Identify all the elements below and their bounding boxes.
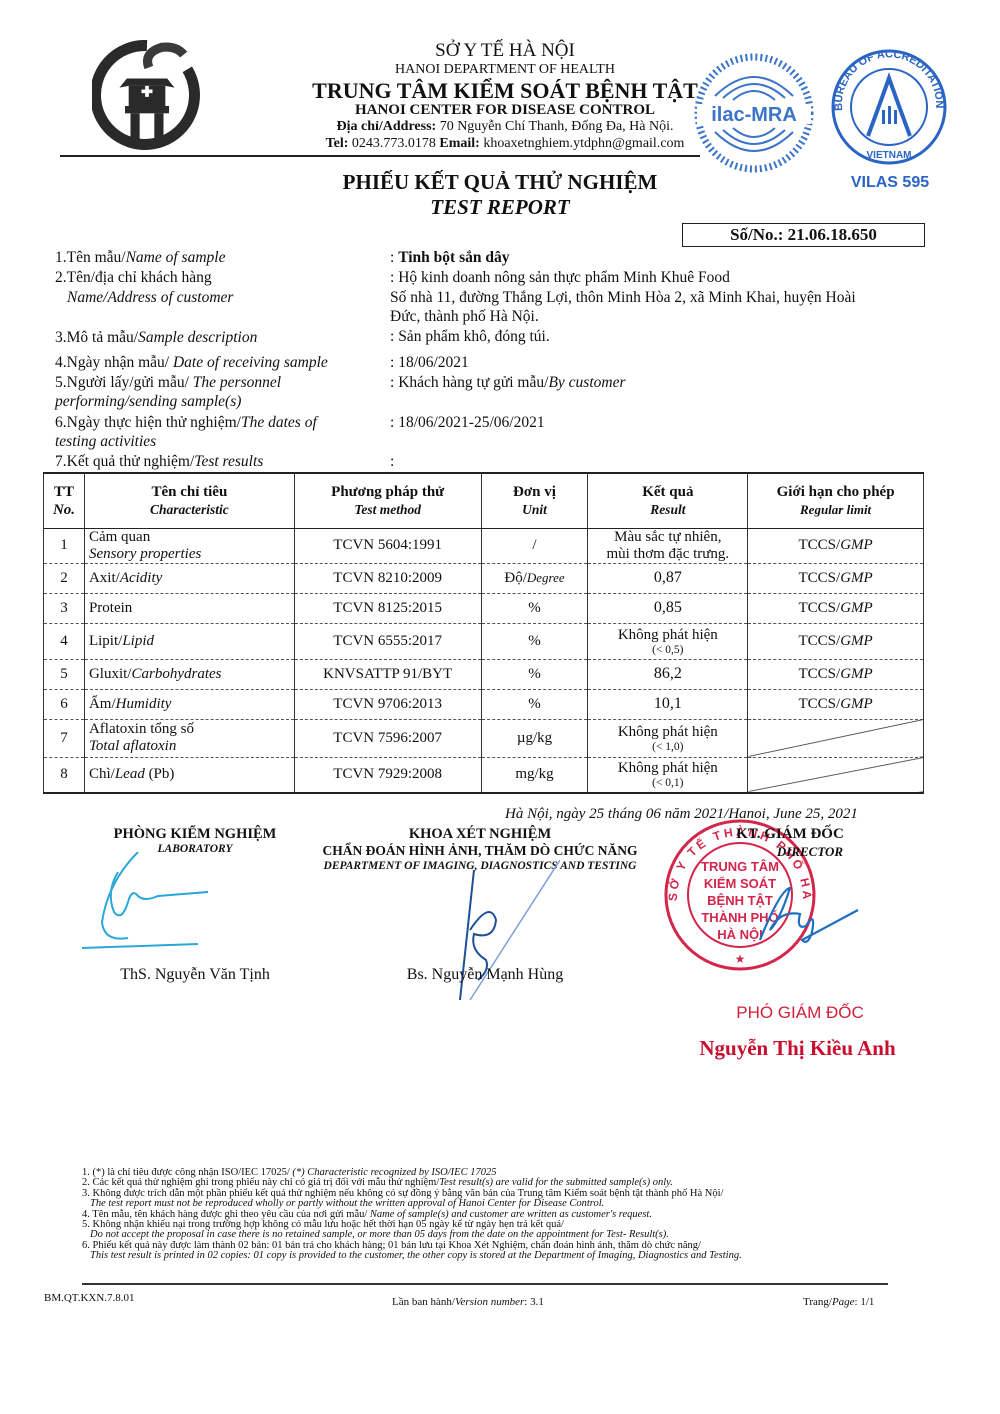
cell-unit: Độ/Degree bbox=[481, 563, 588, 593]
cell-characteristic: Cảm quanSensory properties bbox=[84, 528, 294, 563]
sender-label-en: performing/sending sample(s) bbox=[55, 392, 241, 411]
cell-unit: % bbox=[481, 623, 588, 659]
cell-characteristic: Axit/Acidity bbox=[84, 563, 294, 593]
cell-limit-empty bbox=[748, 719, 924, 757]
cell-limit-empty bbox=[748, 757, 924, 793]
cell-characteristic: Gluxit/Carbohydrates bbox=[84, 659, 294, 689]
hanoi-cdc-logo-icon bbox=[92, 40, 202, 150]
test-dates-label-en: testing activities bbox=[55, 432, 156, 451]
cell-no: 1 bbox=[44, 528, 85, 563]
customer-address-line2: Đức, thành phố Hà Nội. bbox=[390, 307, 539, 326]
lab-signer-name: ThS. Nguyễn Văn Tịnh bbox=[60, 966, 330, 984]
customer-name: : Hộ kinh doanh nông sản thực phẩm Minh … bbox=[390, 268, 730, 287]
cell-method: TCVN 7596:2007 bbox=[294, 719, 481, 757]
table-row: 8Chì/Lead (Pb)TCVN 7929:2008mg/kgKhông p… bbox=[44, 757, 924, 793]
cell-no: 2 bbox=[44, 563, 85, 593]
department-signer-name: Bs. Nguyễn Mạnh Hùng bbox=[320, 966, 650, 984]
cell-unit: mg/kg bbox=[481, 757, 588, 793]
cell-characteristic: Chì/Lead (Pb) bbox=[84, 757, 294, 793]
cell-unit: % bbox=[481, 659, 588, 689]
sender-value: : Khách hàng tự gửi mẫu/By customer bbox=[390, 373, 625, 392]
report-title-en: TEST REPORT bbox=[250, 195, 750, 220]
bureau-of-accreditation-seal-icon: BUREAU OF ACCREDITATION VIETNAM bbox=[830, 48, 948, 166]
cell-method: TCVN 7929:2008 bbox=[294, 757, 481, 793]
received-date-value: : 18/06/2021 bbox=[390, 353, 469, 372]
ilac-mra-logo-icon: ilac-MRA bbox=[693, 48, 815, 178]
header-divider bbox=[60, 155, 700, 157]
cell-method: TCVN 9706:2013 bbox=[294, 689, 481, 719]
cell-method: TCVN 6555:2017 bbox=[294, 623, 481, 659]
tel-label: Tel: bbox=[326, 136, 349, 151]
center-address: Địa chỉ/Address: 70 Nguyễn Chí Thanh, Đố… bbox=[290, 119, 720, 135]
cell-result: Không phát hiện(< 1,0) bbox=[588, 719, 748, 757]
test-dates-label: 6.Ngày thực hiện thử nghiệm/The dates of bbox=[55, 413, 317, 432]
cell-limit: TCCS/GMP bbox=[748, 623, 924, 659]
center-contact: Tel: 0243.773.0178 Email: khoaxetnghiem.… bbox=[290, 136, 720, 152]
footnotes-divider bbox=[82, 1283, 888, 1285]
cell-method: TCVN 8210:2009 bbox=[294, 563, 481, 593]
cell-no: 8 bbox=[44, 757, 85, 793]
cell-limit: TCCS/GMP bbox=[748, 689, 924, 719]
cell-result: 10,1 bbox=[588, 689, 748, 719]
cell-no: 4 bbox=[44, 623, 85, 659]
table-row: 4Lipit/LipidTCVN 6555:2017%Không phát hi… bbox=[44, 623, 924, 659]
director-subtitle: DIRECTOR bbox=[760, 844, 860, 860]
report-number: Số/No.: 21.06.18.650 bbox=[682, 223, 925, 247]
email-value: khoaxetnghiem.ytdphn@gmail.com bbox=[480, 136, 685, 151]
cell-no: 7 bbox=[44, 719, 85, 757]
svg-text:ilac-MRA: ilac-MRA bbox=[711, 104, 797, 126]
cell-result: Màu sắc tự nhiên,mùi thơm đặc trưng. bbox=[588, 528, 748, 563]
department-name-vn: SỞ Y TẾ HÀ NỘI bbox=[290, 40, 720, 62]
address-label: Địa chỉ/Address: bbox=[336, 119, 436, 134]
svg-text:TRUNG TÂM: TRUNG TÂM bbox=[701, 859, 779, 874]
deputy-director-role: PHÓ GIÁM ĐỐC bbox=[690, 1003, 910, 1023]
cell-characteristic: Ẩm/Humidity bbox=[84, 689, 294, 719]
cell-result: 0,87 bbox=[588, 563, 748, 593]
footnotes: 1. (*) là chỉ tiêu được công nhận ISO/IE… bbox=[82, 1168, 912, 1262]
cell-unit: % bbox=[481, 689, 588, 719]
col-header-unit: Đơn vịUnit bbox=[481, 473, 588, 528]
cell-limit: TCCS/GMP bbox=[748, 659, 924, 689]
table-row: 1Cảm quanSensory propertiesTCVN 5604:199… bbox=[44, 528, 924, 563]
sample-name-value: : Tinh bột sắn dây bbox=[390, 248, 509, 267]
col-header-limit: Giới hạn cho phépRegular limit bbox=[748, 473, 924, 528]
description-value: : Sản phẩm khô, đóng túi. bbox=[390, 327, 550, 346]
director-signature-icon bbox=[750, 880, 860, 950]
cell-result: 86,2 bbox=[588, 659, 748, 689]
table-row: 5Gluxit/CarbohydratesKNVSATTP 91/BYT%86,… bbox=[44, 659, 924, 689]
deputy-director-name: Nguyễn Thị Kiều Anh bbox=[670, 1036, 925, 1061]
report-title-vn: PHIẾU KẾT QUẢ THỬ NGHIỆM bbox=[250, 170, 750, 195]
cell-characteristic: Lipit/Lipid bbox=[84, 623, 294, 659]
department-subtitle-vn: CHẨN ĐOÁN HÌNH ẢNH, THĂM DÒ CHỨC NĂNG bbox=[290, 843, 670, 859]
results-colon: : bbox=[390, 452, 394, 471]
svg-text:★: ★ bbox=[735, 952, 746, 966]
cell-method: TCVN 5604:1991 bbox=[294, 528, 481, 563]
page-number: Trang/Page: 1/1 bbox=[803, 1296, 874, 1308]
department-name-en: HANOI DEPARTMENT OF HEALTH bbox=[290, 62, 720, 78]
table-row: 3ProteinTCVN 8125:2015%0,85TCCS/GMP bbox=[44, 593, 924, 623]
cell-result: Không phát hiện(< 0,1) bbox=[588, 757, 748, 793]
col-header-no: TTNo. bbox=[44, 473, 85, 528]
cell-method: KNVSATTP 91/BYT bbox=[294, 659, 481, 689]
address-value: 70 Nguyễn Chí Thanh, Đống Đa, Hà Nội. bbox=[436, 119, 673, 134]
description-label: 3.Mô tả mẫu/Sample description bbox=[55, 328, 257, 347]
version-number: Lần ban hành/Version number: 3.1 bbox=[392, 1296, 544, 1308]
cell-unit: / bbox=[481, 528, 588, 563]
customer-address-line1: Số nhà 11, đường Thắng Lợi, thôn Minh Hò… bbox=[390, 288, 856, 307]
lab-signature-icon bbox=[78, 852, 218, 952]
customer-label: 2.Tên/địa chỉ khách hàng bbox=[55, 268, 212, 287]
email-label: Email: bbox=[439, 136, 479, 151]
vilas-accreditation-number: VILAS 595 bbox=[836, 174, 944, 192]
col-header-result: Kết quảResult bbox=[588, 473, 748, 528]
cell-no: 3 bbox=[44, 593, 85, 623]
cell-no: 5 bbox=[44, 659, 85, 689]
cell-characteristic: Protein bbox=[84, 593, 294, 623]
document-code: BM.QT.KXN.7.8.01 bbox=[44, 1292, 135, 1304]
test-results-table: TTNo. Tên chỉ tiêuCharacteristic Phương … bbox=[43, 472, 924, 794]
table-header-row: TTNo. Tên chỉ tiêuCharacteristic Phương … bbox=[44, 473, 924, 528]
department-title: KHOA XÉT NGHIỆM bbox=[290, 826, 670, 843]
cell-characteristic: Aflatoxin tổng sốTotal aflatoxin bbox=[84, 719, 294, 757]
table-row: 2Axit/AcidityTCVN 8210:2009Độ/Degree0,87… bbox=[44, 563, 924, 593]
center-name-en: HANOI CENTER FOR DISEASE CONTROL bbox=[290, 102, 720, 119]
table-row: 6Ẩm/HumidityTCVN 9706:2013%10,1TCCS/GMP bbox=[44, 689, 924, 719]
cell-limit: TCCS/GMP bbox=[748, 593, 924, 623]
director-title: KT. GIÁM ĐỐC bbox=[700, 826, 880, 843]
cell-result: Không phát hiện(< 0,5) bbox=[588, 623, 748, 659]
tel-value: 0243.773.0178 bbox=[348, 136, 439, 151]
cell-method: TCVN 8125:2015 bbox=[294, 593, 481, 623]
table-row: 7Aflatoxin tổng sốTotal aflatoxinTCVN 75… bbox=[44, 719, 924, 757]
cell-unit: µg/kg bbox=[481, 719, 588, 757]
col-header-method: Phương pháp thửTest method bbox=[294, 473, 481, 528]
footnote-line: This test result is printed in 02 copies… bbox=[82, 1251, 912, 1261]
test-dates-value: : 18/06/2021-25/06/2021 bbox=[390, 413, 545, 432]
cell-limit: TCCS/GMP bbox=[748, 528, 924, 563]
sample-name-label: 1.Tên mẫu/Name of sample bbox=[55, 248, 225, 267]
customer-label-en: Name/Address of customer bbox=[67, 288, 233, 307]
svg-text:VIETNAM: VIETNAM bbox=[867, 150, 912, 161]
cell-limit: TCCS/GMP bbox=[748, 563, 924, 593]
cell-unit: % bbox=[481, 593, 588, 623]
col-header-characteristic: Tên chỉ tiêuCharacteristic bbox=[84, 473, 294, 528]
results-label: 7.Kết quả thử nghiệm/Test results bbox=[55, 452, 263, 471]
cell-result: 0,85 bbox=[588, 593, 748, 623]
center-name-vn: TRUNG TÂM KIỂM SOÁT BỆNH TẬT bbox=[290, 78, 720, 104]
cell-no: 6 bbox=[44, 689, 85, 719]
sender-label: 5.Người lấy/gửi mẫu/ The personnel bbox=[55, 373, 281, 392]
received-date-label: 4.Ngày nhận mẫu/ Date of receiving sampl… bbox=[55, 353, 328, 372]
